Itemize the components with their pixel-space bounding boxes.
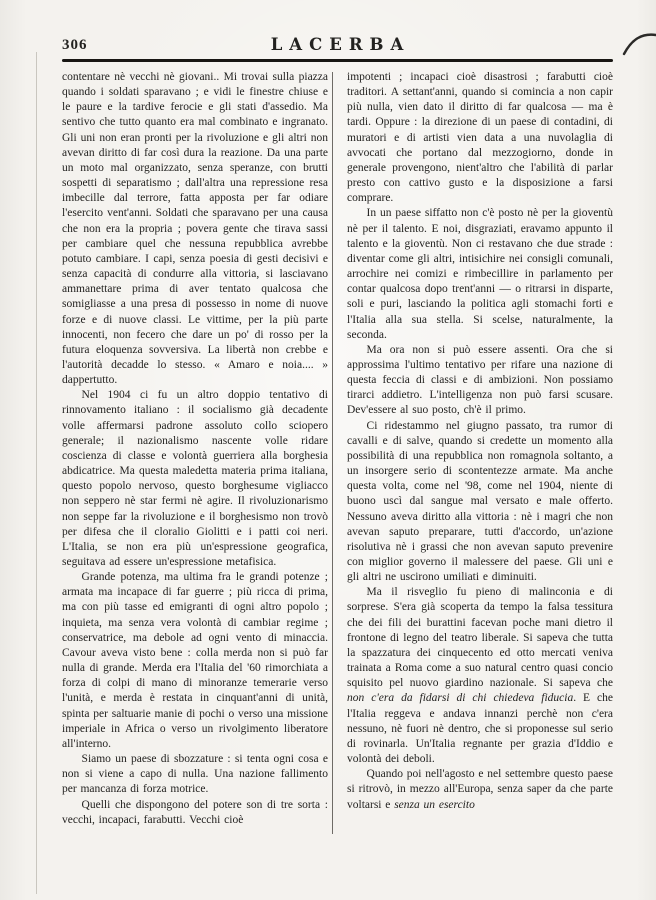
text-segment: contentare nè vecchi nè giovani.. Mi tro… — [62, 71, 328, 386]
text-segment: Ci ridestammo nel giugno passato, tra ru… — [347, 420, 613, 584]
text-segment: Quelli che dispongono del potere son di … — [62, 799, 328, 826]
paragraph: In un paese siffatto non c'è posto nè pe… — [347, 206, 613, 342]
page-header: 306 LACERBA — [62, 34, 612, 58]
paragraph: Ci ridestammo nel giugno passato, tra ru… — [347, 419, 613, 586]
paragraph: contentare nè vecchi nè giovani.. Mi tro… — [62, 70, 328, 388]
paragraph: Nel 1904 ci fu un altro doppio tentativo… — [62, 388, 328, 570]
text-segment: Quando poi nell'agosto e nel settembre q… — [347, 768, 613, 810]
journal-title: LACERBA — [62, 35, 612, 54]
paragraph: Ma ora non si può essere assenti. Ora ch… — [347, 343, 613, 419]
page-edge-shadow — [36, 52, 37, 894]
column-divider — [332, 72, 333, 834]
right-column: impotenti ; incapaci cioè disastrosi ; f… — [347, 70, 613, 813]
paragraph: Quelli che dispongono del potere son di … — [62, 798, 328, 828]
text-segment: Grande potenza, ma ultima fra le grandi … — [62, 571, 328, 750]
text-segment: In un paese siffatto non c'è posto nè pe… — [347, 207, 613, 340]
text-segment: impotenti ; incapaci cioè disastrosi ; f… — [347, 71, 613, 204]
text-segment: Nel 1904 ci fu un altro doppio tentativo… — [62, 389, 328, 568]
journal-page: 306 LACERBA contentare nè vecchi nè giov… — [0, 0, 656, 900]
paragraph: Siamo un paese di sbozzature : si tenta … — [62, 752, 328, 797]
text-segment: Ma il risveglio fu pieno di malinconia e… — [347, 586, 613, 689]
text-segment: Ma ora non si può essere assenti. Ora ch… — [347, 344, 613, 417]
text-segment: Siamo un paese di sbozzature : si tenta … — [62, 753, 328, 795]
paragraph: Grande potenza, ma ultima fra le grandi … — [62, 570, 328, 752]
header-rule — [62, 59, 613, 62]
left-column: contentare nè vecchi nè giovani.. Mi tro… — [62, 70, 328, 828]
italic-text-segment: senza un esercito — [394, 799, 475, 811]
pen-mark-icon — [622, 29, 656, 57]
paragraph: impotenti ; incapaci cioè disastrosi ; f… — [347, 70, 613, 206]
paragraph: Quando poi nell'agosto e nel settembre q… — [347, 767, 613, 812]
paragraph: Ma il risveglio fu pieno di malinconia e… — [347, 585, 613, 767]
italic-text-segment: non c'era da fidarsi di chi chiedeva fid… — [347, 692, 573, 704]
